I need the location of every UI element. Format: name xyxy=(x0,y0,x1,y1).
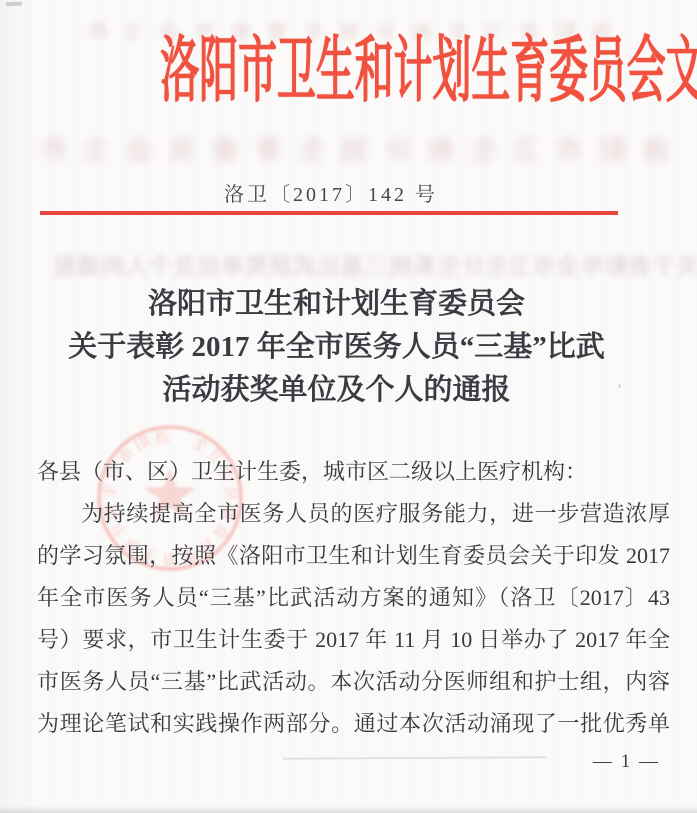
scan-bottom-shadow xyxy=(0,806,697,813)
letterhead-divider-rule xyxy=(40,211,618,215)
scan-smudge-line xyxy=(283,756,546,759)
document-page: 洛阳市卫生和计划生育委员会文件 洛阳市卫生和计划生育委员会文件 关于表彰年全市卫… xyxy=(0,0,697,813)
page-number: — 1 — xyxy=(593,751,660,773)
scan-artifact-dot: ’ xyxy=(617,382,622,399)
body-line: 的学习氛围，按照《洛阳市卫生和计划生育委员会关于印发 2017 xyxy=(37,544,670,568)
body-line: 号）要求，市卫生计生委于 2017 年 11 月 10 日举办了 2017 年全 xyxy=(37,628,670,652)
body-line: 年全市医务人员“三基”比武活动方案的通知》（洛卫〔2017〕43 xyxy=(37,586,670,610)
body-line: 为理论笔试和实践操作两部分。通过本次活动涌现了一批优秀单 xyxy=(37,712,670,736)
bleedthrough-band-lower: 关于表彰年全市卫生计生系统三基比武获奖单位及个人的通报 xyxy=(52,248,697,281)
title-line-2: 关于表彰 2017 年全市医务人员“三基”比武 xyxy=(0,326,685,369)
bleedthrough-band-middle: 洛阳市卫生和计划生育委员会文件 xyxy=(24,129,669,168)
title-line-1: 洛阳市卫生和计划生育委员会 xyxy=(0,283,685,326)
document-number: 洛卫〔2017〕142 号 xyxy=(0,178,662,207)
salutation-line: 各县（市、区）卫生计生委，城市区二级以上医疗机构： xyxy=(37,460,587,484)
document-title: 洛阳市卫生和计划生育委员会 关于表彰 2017 年全市医务人员“三基”比武 活动… xyxy=(0,283,685,412)
title-line-3: 活动获奖单位及个人的通报 xyxy=(0,369,685,412)
agency-letterhead-title: 洛阳市卫生和计划生育委员会文件 xyxy=(160,32,536,110)
body-line: 为持续提高全市医务人员的医疗服务能力，进一步营造浓厚 xyxy=(37,502,670,526)
scan-artifact-mark xyxy=(6,2,22,7)
body-line: 市医务人员“三基”比武活动。本次活动分医师组和护士组，内容 xyxy=(37,670,670,694)
